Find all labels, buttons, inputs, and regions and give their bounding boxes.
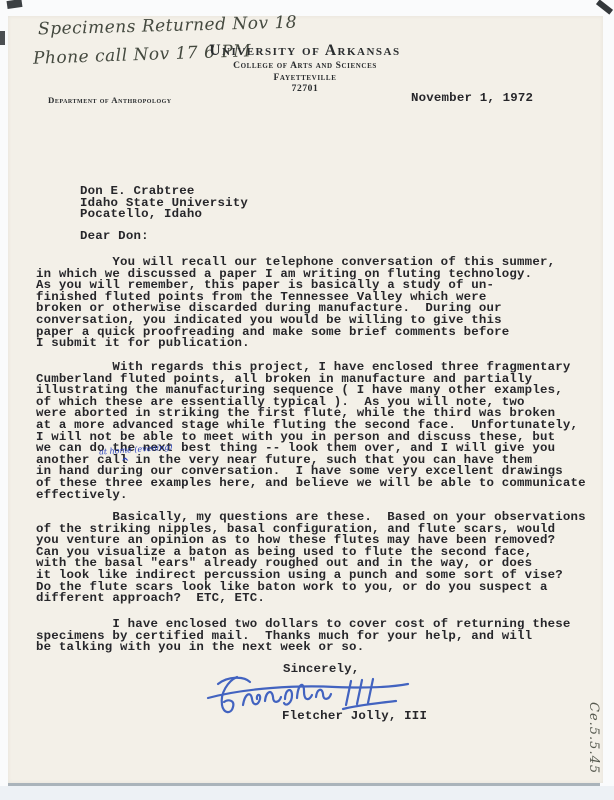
university-name: University of Arkansas [185, 43, 425, 59]
letter-date: November 1, 1972 [411, 93, 533, 105]
scanner-margin-right [603, 0, 614, 800]
salutation: Dear Don: [80, 231, 149, 243]
zip-code: 72701 [185, 84, 425, 95]
city-name: Fayetteville [185, 73, 425, 84]
catalog-number: Ce.5.5.45 [586, 702, 601, 774]
letterhead: University of Arkansas College of Arts a… [185, 43, 425, 96]
scanner-strip [0, 786, 614, 800]
letter-paragraph-3: Basically, my questions are these. Based… [36, 512, 586, 605]
signed-name: Fletcher Jolly, III [282, 711, 427, 723]
college-name: College of Arts and Sciences [185, 61, 425, 72]
letter-paragraph-4: I have enclosed two dollars to cover cos… [36, 619, 571, 654]
scan-corner-mark [7, 0, 23, 9]
recipient-location: Pocatello, Idaho [80, 209, 202, 221]
letter-paragraph-1: You will recall our telephone conversati… [36, 257, 555, 350]
letter-paragraph-2: With regards this project, I have enclos… [36, 362, 586, 501]
insertion-caret: ^ [121, 457, 129, 468]
scan-edge-mark [0, 31, 5, 45]
scan-background: { "annotations": { "top_note_1": "Specim… [0, 0, 614, 800]
department-name: Department of Anthropology [48, 95, 172, 105]
